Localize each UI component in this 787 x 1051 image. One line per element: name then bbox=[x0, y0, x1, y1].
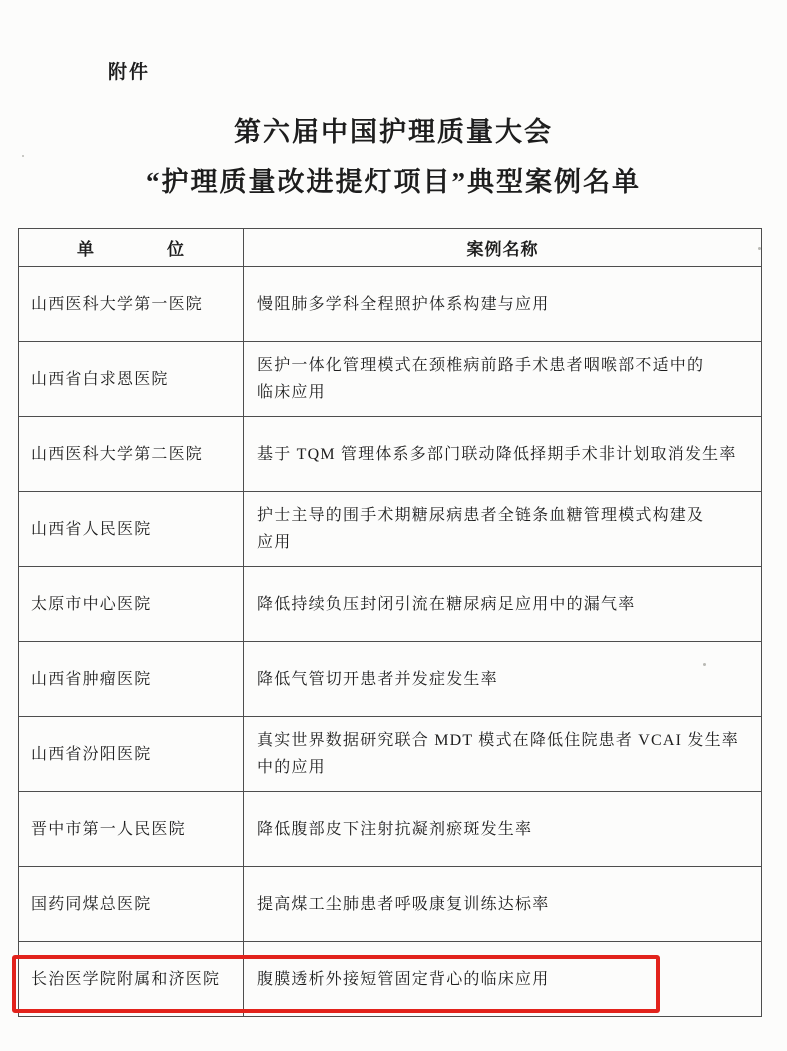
case-table-body: 山西医科大学第一医院 慢阻肺多学科全程照护体系构建与应用 山西省白求恩医院 医护… bbox=[19, 267, 762, 1017]
case-cell: 医护一体化管理模式在颈椎病前路手术患者咽喉部不适中的 临床应用 bbox=[244, 342, 762, 417]
case-cell: 提高煤工尘肺患者呼吸康复训练达标率 bbox=[244, 867, 762, 942]
case-cell: 基于 TQM 管理体系多部门联动降低择期手术非计划取消发生率 bbox=[244, 417, 762, 492]
case-cell: 慢阻肺多学科全程照护体系构建与应用 bbox=[244, 267, 762, 342]
table-row: 太原市中心医院 降低持续负压封闭引流在糖尿病足应用中的漏气率 bbox=[19, 567, 762, 642]
doc-title-line2: “护理质量改进提灯项目”典型案例名单 bbox=[0, 160, 787, 199]
case-cell: 腹膜透析外接短管固定背心的临床应用 bbox=[244, 942, 762, 1017]
doc-title-line1: 第六届中国护理质量大会 bbox=[0, 110, 787, 149]
case-cell: 降低腹部皮下注射抗凝剂瘀斑发生率 bbox=[244, 792, 762, 867]
table-row: 山西省白求恩医院 医护一体化管理模式在颈椎病前路手术患者咽喉部不适中的 临床应用 bbox=[19, 342, 762, 417]
unit-cell: 山西省白求恩医院 bbox=[19, 342, 244, 417]
unit-cell: 山西医科大学第一医院 bbox=[19, 267, 244, 342]
case-name-column-header: 案例名称 bbox=[244, 229, 762, 267]
unit-cell: 山西医科大学第二医院 bbox=[19, 417, 244, 492]
scan-speck bbox=[22, 155, 24, 157]
unit-cell: 山西省人民医院 bbox=[19, 492, 244, 567]
case-table-wrap: 单 位 案例名称 山西医科大学第一医院 慢阻肺多学科全程照护体系构建与应用 山西… bbox=[18, 228, 762, 1017]
unit-cell: 国药同煤总医院 bbox=[19, 867, 244, 942]
table-row: 山西省肿瘤医院 降低气管切开患者并发症发生率 bbox=[19, 642, 762, 717]
case-cell: 护士主导的围手术期糖尿病患者全链条血糖管理模式构建及 应用 bbox=[244, 492, 762, 567]
case-cell: 降低气管切开患者并发症发生率 bbox=[244, 642, 762, 717]
unit-cell: 长治医学院附属和济医院 bbox=[19, 942, 244, 1017]
case-cell: 降低持续负压封闭引流在糖尿病足应用中的漏气率 bbox=[244, 567, 762, 642]
unit-column-header: 单 位 bbox=[19, 229, 244, 267]
table-row: 国药同煤总医院 提高煤工尘肺患者呼吸康复训练达标率 bbox=[19, 867, 762, 942]
document-page: 附件 第六届中国护理质量大会 “护理质量改进提灯项目”典型案例名单 单 位 案例… bbox=[0, 0, 787, 1051]
table-row: 山西省人民医院 护士主导的围手术期糖尿病患者全链条血糖管理模式构建及 应用 bbox=[19, 492, 762, 567]
unit-cell: 山西省汾阳医院 bbox=[19, 717, 244, 792]
table-header-row: 单 位 案例名称 bbox=[19, 229, 762, 267]
case-cell: 真实世界数据研究联合 MDT 模式在降低住院患者 VCAI 发生率 中的应用 bbox=[244, 717, 762, 792]
table-row: 山西医科大学第二医院 基于 TQM 管理体系多部门联动降低择期手术非计划取消发生… bbox=[19, 417, 762, 492]
case-table: 单 位 案例名称 山西医科大学第一医院 慢阻肺多学科全程照护体系构建与应用 山西… bbox=[18, 228, 762, 1017]
unit-cell: 太原市中心医院 bbox=[19, 567, 244, 642]
unit-cell: 山西省肿瘤医院 bbox=[19, 642, 244, 717]
table-row: 晋中市第一人民医院 降低腹部皮下注射抗凝剂瘀斑发生率 bbox=[19, 792, 762, 867]
table-row: 长治医学院附属和济医院 腹膜透析外接短管固定背心的临床应用 bbox=[19, 942, 762, 1017]
unit-cell: 晋中市第一人民医院 bbox=[19, 792, 244, 867]
table-row: 山西省汾阳医院 真实世界数据研究联合 MDT 模式在降低住院患者 VCAI 发生… bbox=[19, 717, 762, 792]
table-row: 山西医科大学第一医院 慢阻肺多学科全程照护体系构建与应用 bbox=[19, 267, 762, 342]
attachment-label: 附件 bbox=[108, 57, 150, 84]
scan-speck bbox=[703, 663, 706, 666]
scan-speck bbox=[758, 247, 761, 250]
